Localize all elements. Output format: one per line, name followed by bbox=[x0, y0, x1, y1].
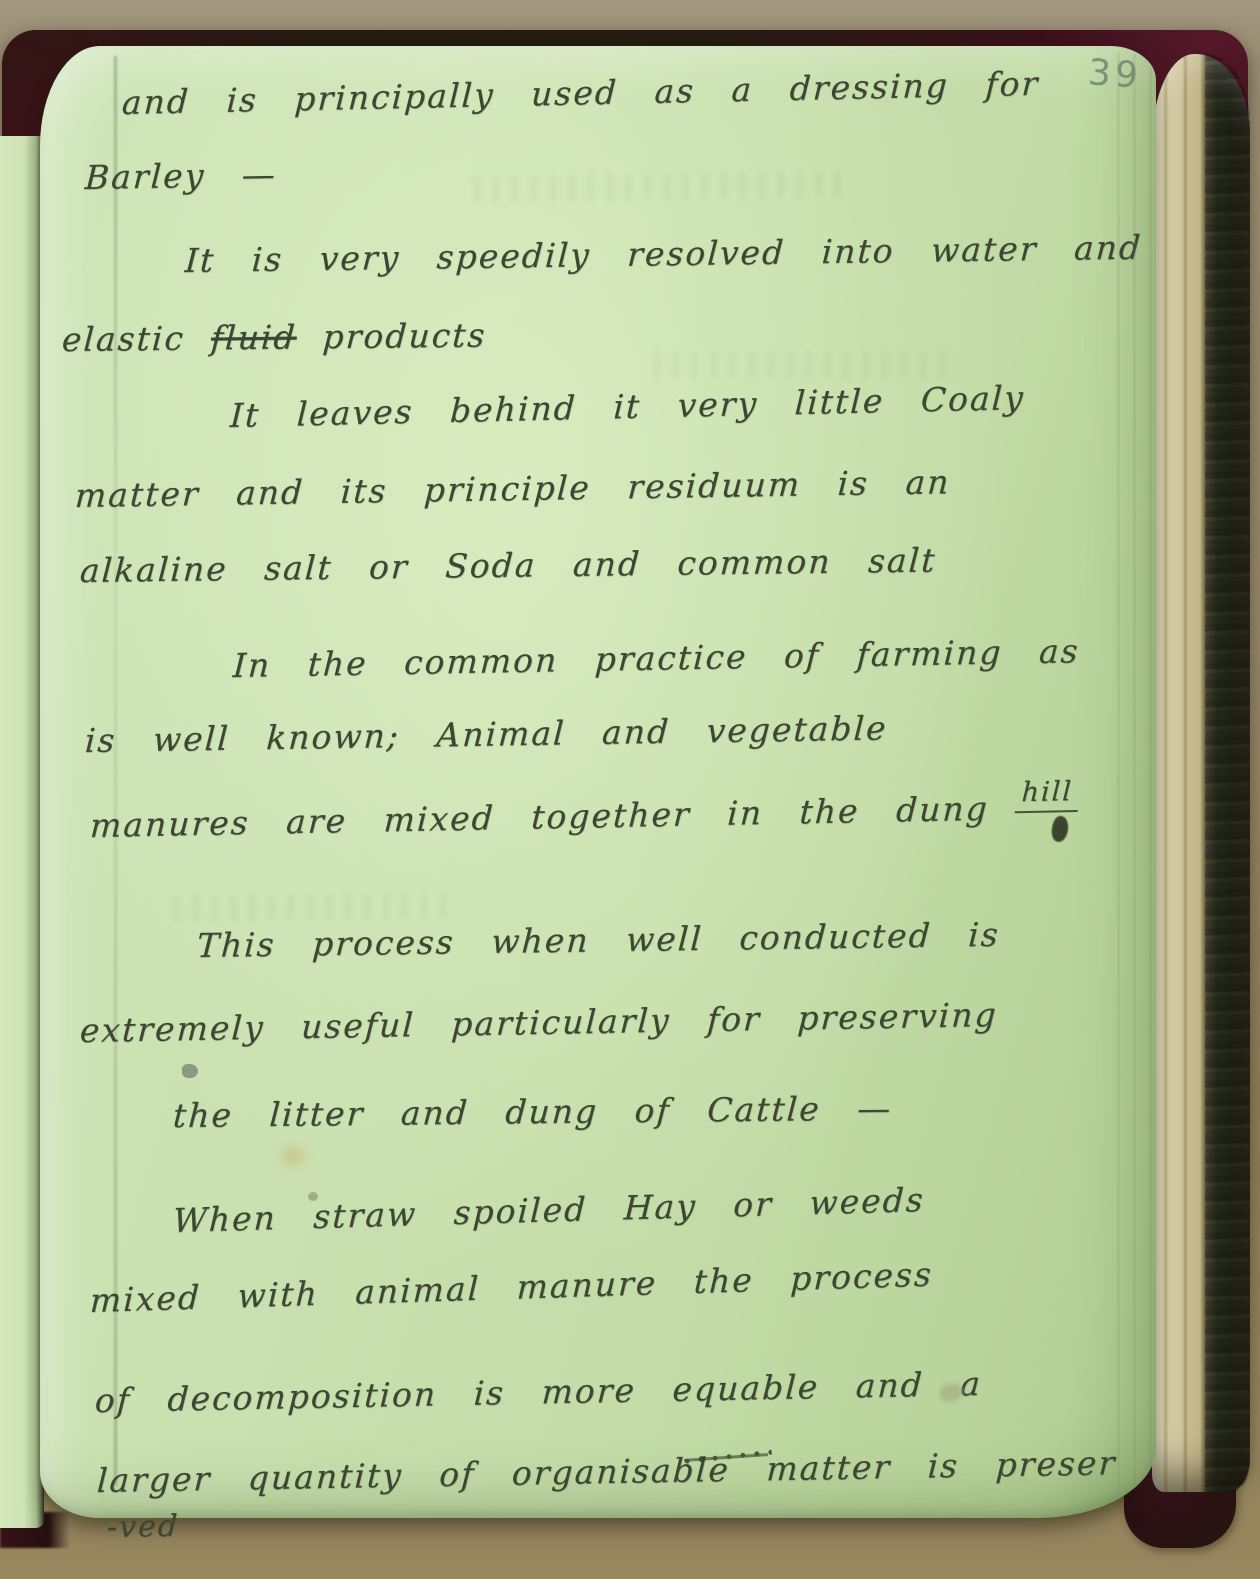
paper-stain bbox=[280, 1146, 306, 1166]
page-number: 39 bbox=[1087, 52, 1144, 97]
manuscript-line: elasticfluidproducts bbox=[61, 316, 488, 359]
bleed-through-mark bbox=[640, 352, 960, 378]
manuscript-line: mixed with animal manure the process bbox=[89, 1254, 933, 1320]
page-stack-edges bbox=[1152, 54, 1250, 1492]
manuscript-line: larger quantity of organisable matter is… bbox=[96, 1443, 1117, 1500]
manuscript-page: 39 and is principally used as a dressing… bbox=[40, 46, 1156, 1518]
struck-word: fluid bbox=[210, 318, 298, 358]
manuscript-line: Barley — bbox=[84, 155, 278, 197]
manuscript-line: manures are mixed together in the dunghi… bbox=[89, 787, 1079, 849]
manuscript-line: It is very speedily resolved into water … bbox=[184, 228, 1143, 280]
line-text: manures are mixed together in the dung bbox=[89, 789, 990, 845]
bleed-through-mark bbox=[460, 171, 840, 204]
inserted-word: hill bbox=[1015, 776, 1080, 813]
manuscript-line: and is principally used as a dressing fo… bbox=[121, 64, 1040, 122]
paper-stain bbox=[182, 1064, 198, 1078]
manuscript-line: is well known; Animal and vegetable bbox=[84, 708, 889, 760]
line-text: elastic bbox=[61, 319, 186, 359]
line-text: products bbox=[322, 316, 488, 357]
paper-stain bbox=[308, 1192, 318, 1201]
manuscript-line: matter and its principle residuum is an bbox=[74, 462, 952, 515]
paper-crease bbox=[114, 56, 117, 1486]
manuscript-line: When straw spoiled Hay or weeds bbox=[172, 1180, 925, 1240]
manuscript-line: extremely useful particularly for preser… bbox=[79, 995, 999, 1050]
manuscript-line: In the common practice of farming as bbox=[232, 631, 1081, 685]
previous-page-edge bbox=[0, 136, 44, 1528]
manuscript-line: -ved bbox=[106, 1509, 180, 1545]
bleed-through-mark bbox=[160, 891, 460, 922]
manuscript-line: It leaves behind it very little Coaly bbox=[229, 378, 1026, 435]
manuscript-line: This process when well conducted is bbox=[196, 915, 1001, 965]
manuscript-line: the litter and dung of Cattle — bbox=[172, 1088, 894, 1135]
manuscript-line: alkaline salt or Soda and common salt bbox=[79, 541, 938, 590]
manuscript-line: of decomposition is more equable and a bbox=[94, 1364, 983, 1420]
photo-of-manuscript: { "document": { "type": "handwritten man… bbox=[0, 0, 1260, 1579]
